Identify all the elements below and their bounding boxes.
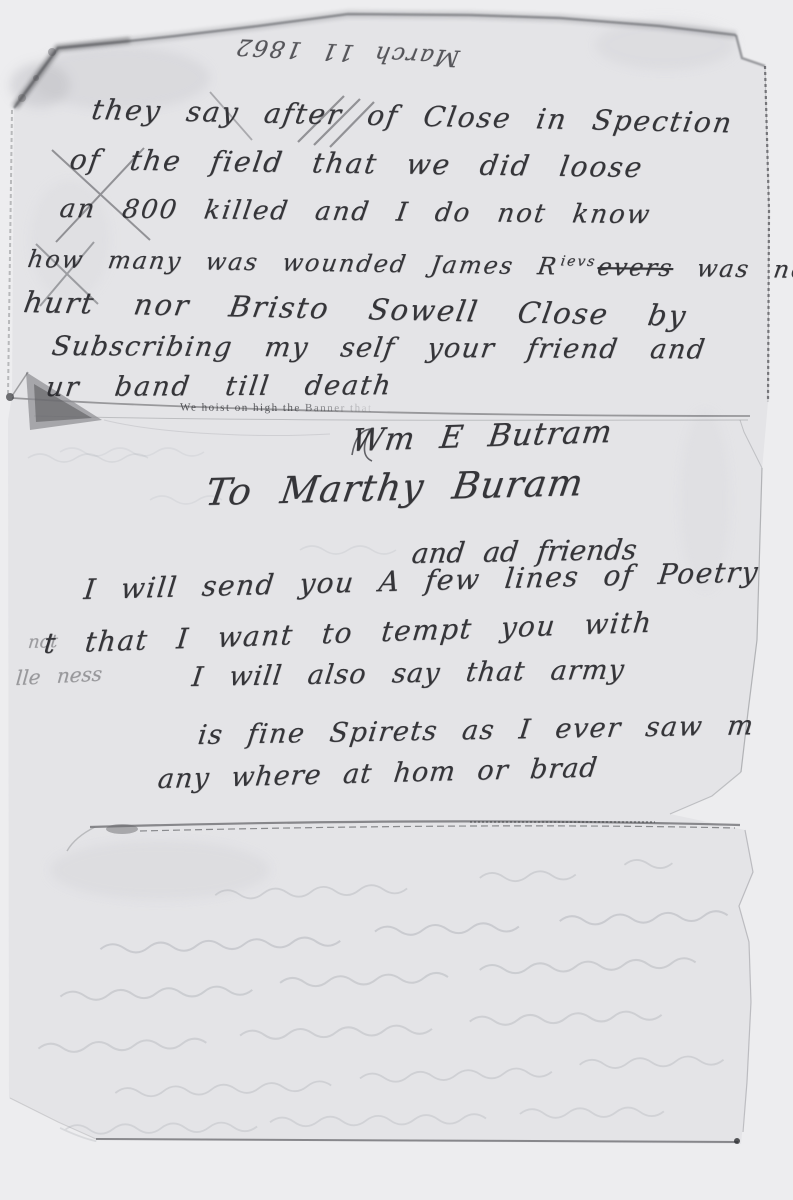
printed-stationery-motto: We hoist on high the Banner that <box>180 401 373 414</box>
handwriting-line-6: Subscribing my self your friend and <box>50 333 708 363</box>
handwriting-line-7: ur band till death <box>44 372 394 401</box>
handwriting-line-2: of the field that we did loose <box>68 146 646 182</box>
margin-mark-ness: lle ness <box>15 663 103 688</box>
line4-struck-text: evers <box>595 253 675 282</box>
handwriting-line-3: an 800 killed and I do not know <box>58 196 653 228</box>
letter-scan: March 11 1862 they say after of Close in… <box>0 0 793 1200</box>
handwriting-line-10: I will also say that army <box>190 656 626 691</box>
line4-tail: was no <box>671 254 793 284</box>
signature: Wm E Butram <box>350 417 615 457</box>
line4-superscript-correction: ievs <box>559 253 597 269</box>
addressee-line: To Marthy Buram <box>203 464 586 511</box>
